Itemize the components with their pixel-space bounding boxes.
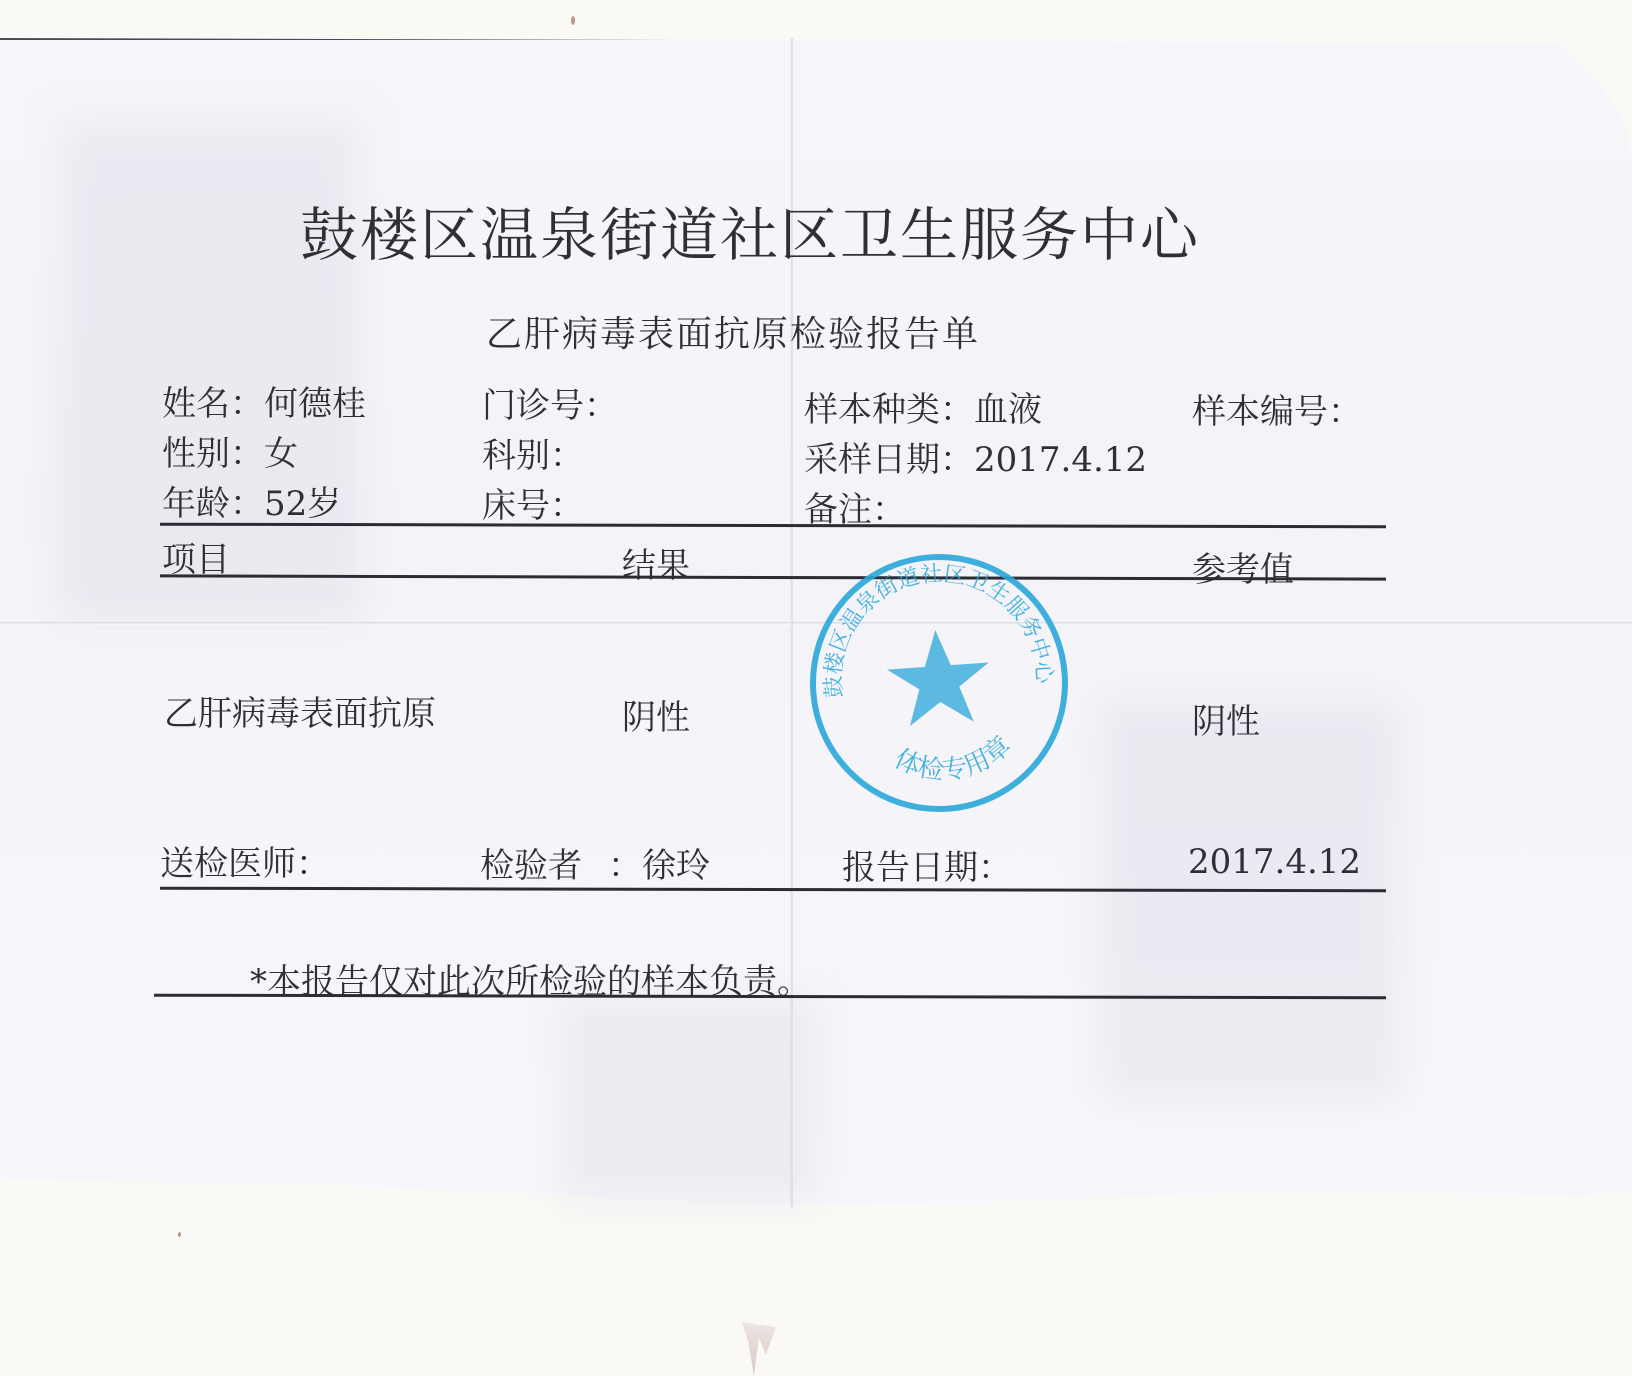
report-date-label: 报告日期： [842, 840, 1012, 889]
sample-no-field: 样本编号： [1192, 384, 1362, 433]
svg-text:体检专用章: 体检专用章 [888, 729, 1019, 790]
sampling-date-field: 采样日期：2017.4.12 [804, 432, 1147, 481]
sample-no-label: 样本编号： [1192, 392, 1362, 432]
star-icon [884, 627, 992, 728]
department-field: 科别： [482, 428, 584, 477]
dust-speck [178, 1232, 181, 1237]
outpatient-no-label: 门诊号： [482, 386, 618, 426]
inspector-field: 检验者：徐玲 [480, 838, 710, 887]
patient-name-label: 姓名： [162, 384, 264, 424]
patient-name-field: 姓名：何德桂 [162, 376, 366, 425]
table-header-result: 结果 [622, 538, 690, 587]
stamp-graphic: 鼓楼区温泉街道社区卫生服务中心 体检专用章 [795, 539, 1083, 827]
patient-gender-field: 性别：女 [162, 426, 298, 475]
table-row-item: 乙肝病毒表面抗原 [164, 686, 436, 735]
sampling-date-value: 2017.4.12 [974, 440, 1147, 480]
table-row-result: 阴性 [622, 690, 690, 739]
patient-name-value: 何德桂 [264, 384, 366, 424]
bed-no-label: 床号： [482, 486, 584, 526]
patient-gender-label: 性别： [162, 434, 264, 474]
sampling-date-label: 采样日期： [804, 440, 974, 480]
paper-tear [742, 1322, 776, 1376]
official-stamp: 鼓楼区温泉街道社区卫生服务中心 体检专用章 [795, 539, 1083, 827]
institution-title: 鼓楼区温泉街道社区卫生服务中心 [300, 188, 1300, 272]
paper-shadow [560, 1000, 820, 1200]
sample-type-label: 样本种类： [804, 390, 974, 430]
inspector-colon: ： [608, 846, 642, 886]
inspector-value: 徐玲 [642, 846, 710, 886]
table-row-reference: 阴性 [1192, 694, 1260, 743]
patient-age-value: 52岁 [264, 484, 341, 524]
patient-age-label: 年龄： [162, 484, 264, 524]
stamp-bottom-text: 体检专用章 [888, 729, 1019, 790]
doctor-field: 送检医师： [160, 836, 330, 885]
sample-type-value: 血液 [974, 390, 1042, 430]
outpatient-no-field: 门诊号： [482, 378, 618, 427]
bed-no-field: 床号： [482, 478, 584, 527]
patient-gender-value: 女 [264, 434, 298, 474]
patient-age-field: 年龄：52岁 [162, 476, 341, 525]
sample-type-field: 样本种类：血液 [804, 382, 1042, 431]
report-date-value: 2017.4.12 [1188, 842, 1361, 882]
department-label: 科别： [482, 436, 584, 476]
paper-shadow [1100, 700, 1400, 1100]
dust-speck [571, 16, 575, 25]
doctor-label: 送检医师： [160, 844, 330, 884]
inspector-label: 检验者 [480, 846, 582, 886]
table-header-reference: 参考值 [1192, 542, 1294, 591]
report-title: 乙肝病毒表面抗原检验报告单 [486, 306, 980, 357]
